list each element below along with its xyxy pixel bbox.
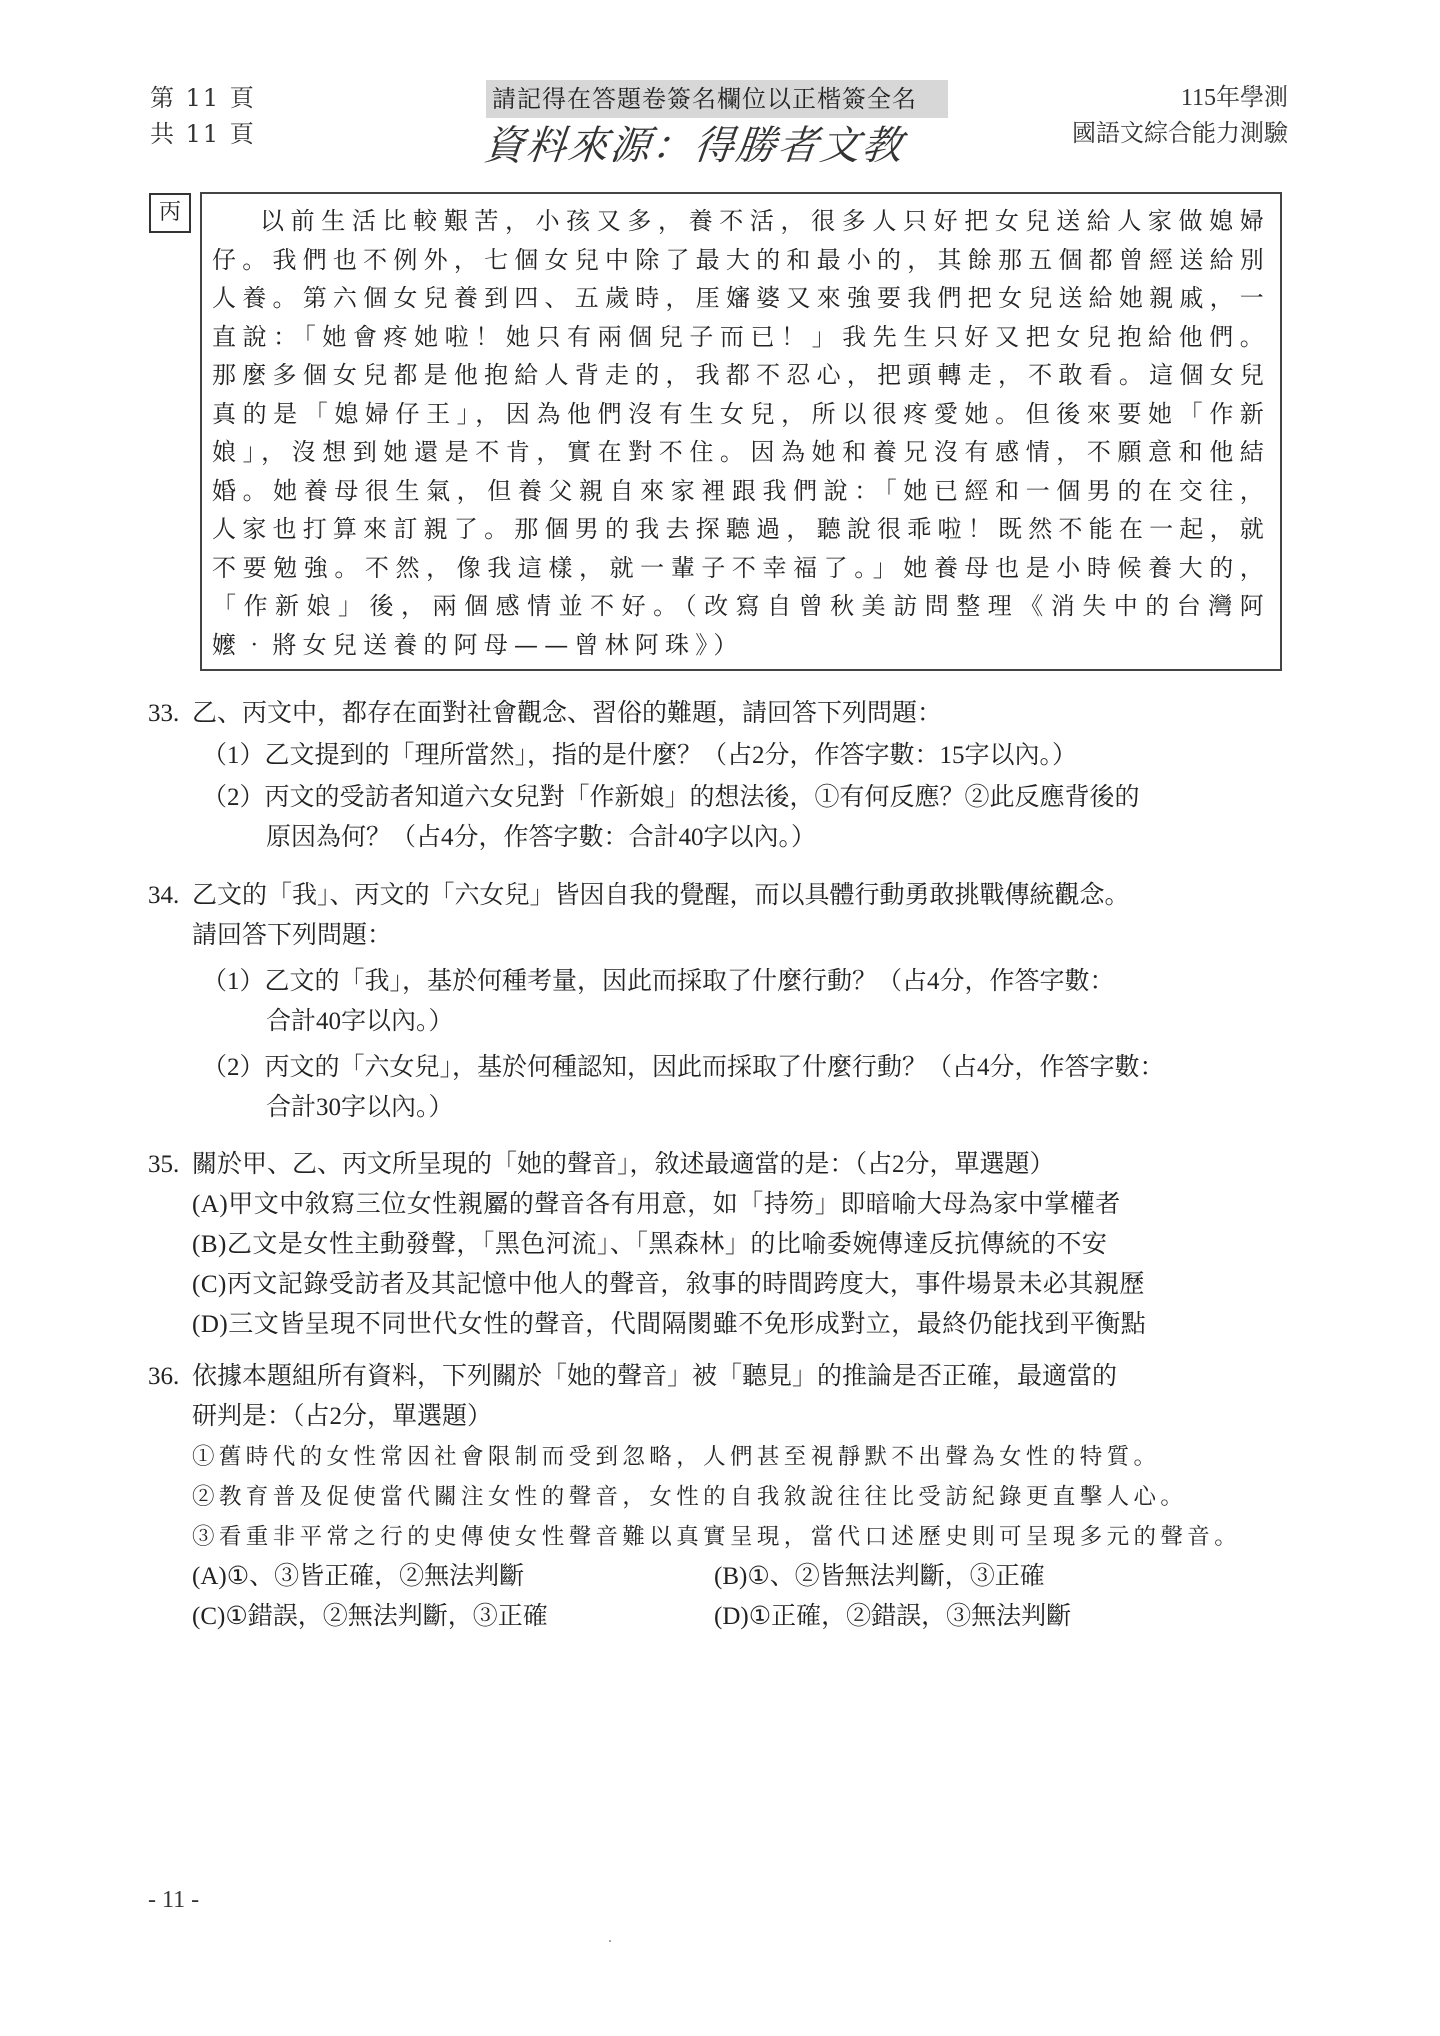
- question-36: 36.依據本題組所有資料，下列關於「她的聲音」被「聽見」的推論是否正確，最適當的…: [148, 1357, 1288, 1637]
- passage-tag: 丙: [149, 193, 191, 233]
- option-d: (D)①正確，②錯誤，③無法判斷: [714, 1597, 1236, 1637]
- sub-question-1-cont: 合計40字以內。）: [148, 1002, 1288, 1042]
- sub-question-1: （1）乙文的「我」，基於何種考量，因此而採取了什麼行動？（占4分，作答字數：: [148, 962, 1288, 1002]
- question-stem-cont: 研判是：（占2分，單選題）: [148, 1397, 1288, 1437]
- page-marker: - 11 -: [148, 1887, 199, 1914]
- option-a: (A)甲文中敘寫三位女性親屬的聲音各有用意，如「持笏」即暗喻大母為家中掌權者: [148, 1185, 1288, 1225]
- handwritten-source-note: 資料來源：得勝者文教: [481, 118, 907, 174]
- sub-question-2: （2）丙文的受訪者知道六女兒對「作新娘」的想法後，①有何反應？②此反應背後的: [148, 778, 1288, 818]
- page-info: 第 11 頁 共 11 頁: [150, 80, 256, 152]
- question-34: 34.乙文的「我」、丙文的「六女兒」皆因自我的覺醒，而以具體行動勇敢挑戰傳統觀念…: [148, 876, 1288, 1128]
- exam-subject: 國語文綜合能力測驗: [1072, 116, 1288, 152]
- question-stem: 關於甲、乙、丙文所呈現的「她的聲音」，敘述最適當的是：（占2分，單選題）: [192, 1151, 1055, 1178]
- options-row-1: (A)①、③皆正確，②無法判斷 (B)①、②皆無法判斷，③正確: [148, 1557, 1288, 1597]
- scan-speck: [609, 1940, 611, 1942]
- question-number: 34.: [148, 876, 192, 916]
- option-b: (B)乙文是女性主動發聲，「黑色河流」、「黑森林」的比喻委婉傳達反抗傳統的不安: [148, 1225, 1288, 1265]
- exam-year: 115年學測: [1072, 80, 1288, 116]
- question-stem: 依據本題組所有資料，下列關於「她的聲音」被「聽見」的推論是否正確，最適當的: [192, 1363, 1117, 1390]
- question-number: 36.: [148, 1357, 192, 1397]
- option-a: (A)①、③皆正確，②無法判斷: [192, 1557, 714, 1597]
- option-c: (C)丙文記錄受訪者及其記憶中他人的聲音，敘事的時間跨度大，事件場景未必其親歷: [148, 1265, 1288, 1305]
- question-33: 33.乙、丙文中，都存在面對社會觀念、習俗的難題，請回答下列問題： （1）乙文提…: [148, 694, 1288, 858]
- page-number: 第 11 頁: [150, 80, 256, 116]
- signature-notice: 請記得在答題卷簽名欄位以正楷簽全名: [486, 80, 948, 118]
- question-stem: 乙文的「我」、丙文的「六女兒」皆因自我的覺醒，而以具體行動勇敢挑戰傳統觀念。: [192, 882, 1130, 909]
- statement-1: ①舊時代的女性常因社會限制而受到忽略，人們甚至視靜默不出聲為女性的特質。: [148, 1437, 1288, 1477]
- sub-question-2: （2）丙文的「六女兒」，基於何種認知，因此而採取了什麼行動？（占4分，作答字數：: [148, 1048, 1288, 1088]
- sub-question-2-cont: 原因為何？（占4分，作答字數：合計40字以內。）: [148, 818, 1288, 858]
- statement-3: ③看重非平常之行的史傳使女性聲音難以真實呈現，當代口述歷史則可呈現多元的聲音。: [148, 1517, 1288, 1557]
- page-total: 共 11 頁: [150, 116, 256, 152]
- question-35: 35.關於甲、乙、丙文所呈現的「她的聲音」，敘述最適當的是：（占2分，單選題） …: [148, 1145, 1288, 1345]
- passage-text: 以前生活比較艱苦，小孩又多，養不活，很多人只好把女兒送給人家做媳婦仔。我們也不例…: [212, 202, 1270, 664]
- sub-question-1: （1）乙文提到的「理所當然」，指的是什麼？（占2分，作答字數：15字以內。）: [148, 736, 1288, 776]
- question-stem: 乙、丙文中，都存在面對社會觀念、習俗的難題，請回答下列問題：: [192, 700, 942, 727]
- statement-2: ②教育普及促使當代關注女性的聲音，女性的自我敘說往往比受訪紀錄更直擊人心。: [148, 1477, 1288, 1517]
- question-number: 35.: [148, 1145, 192, 1185]
- exam-info: 115年學測 國語文綜合能力測驗: [1072, 80, 1288, 152]
- options-row-2: (C)①錯誤，②無法判斷，③正確 (D)①正確，②錯誤，③無法判斷: [148, 1597, 1288, 1637]
- option-c: (C)①錯誤，②無法判斷，③正確: [192, 1597, 714, 1637]
- sub-question-2-cont: 合計30字以內。）: [148, 1088, 1288, 1128]
- question-stem-cont: 請回答下列問題：: [148, 916, 1288, 956]
- option-b: (B)①、②皆無法判斷，③正確: [714, 1557, 1236, 1597]
- option-d: (D)三文皆呈現不同世代女性的聲音，代間隔閡雖不免形成對立，最終仍能找到平衡點: [148, 1305, 1288, 1345]
- passage-box: 以前生活比較艱苦，小孩又多，養不活，很多人只好把女兒送給人家做媳婦仔。我們也不例…: [200, 192, 1282, 671]
- question-number: 33.: [148, 694, 192, 734]
